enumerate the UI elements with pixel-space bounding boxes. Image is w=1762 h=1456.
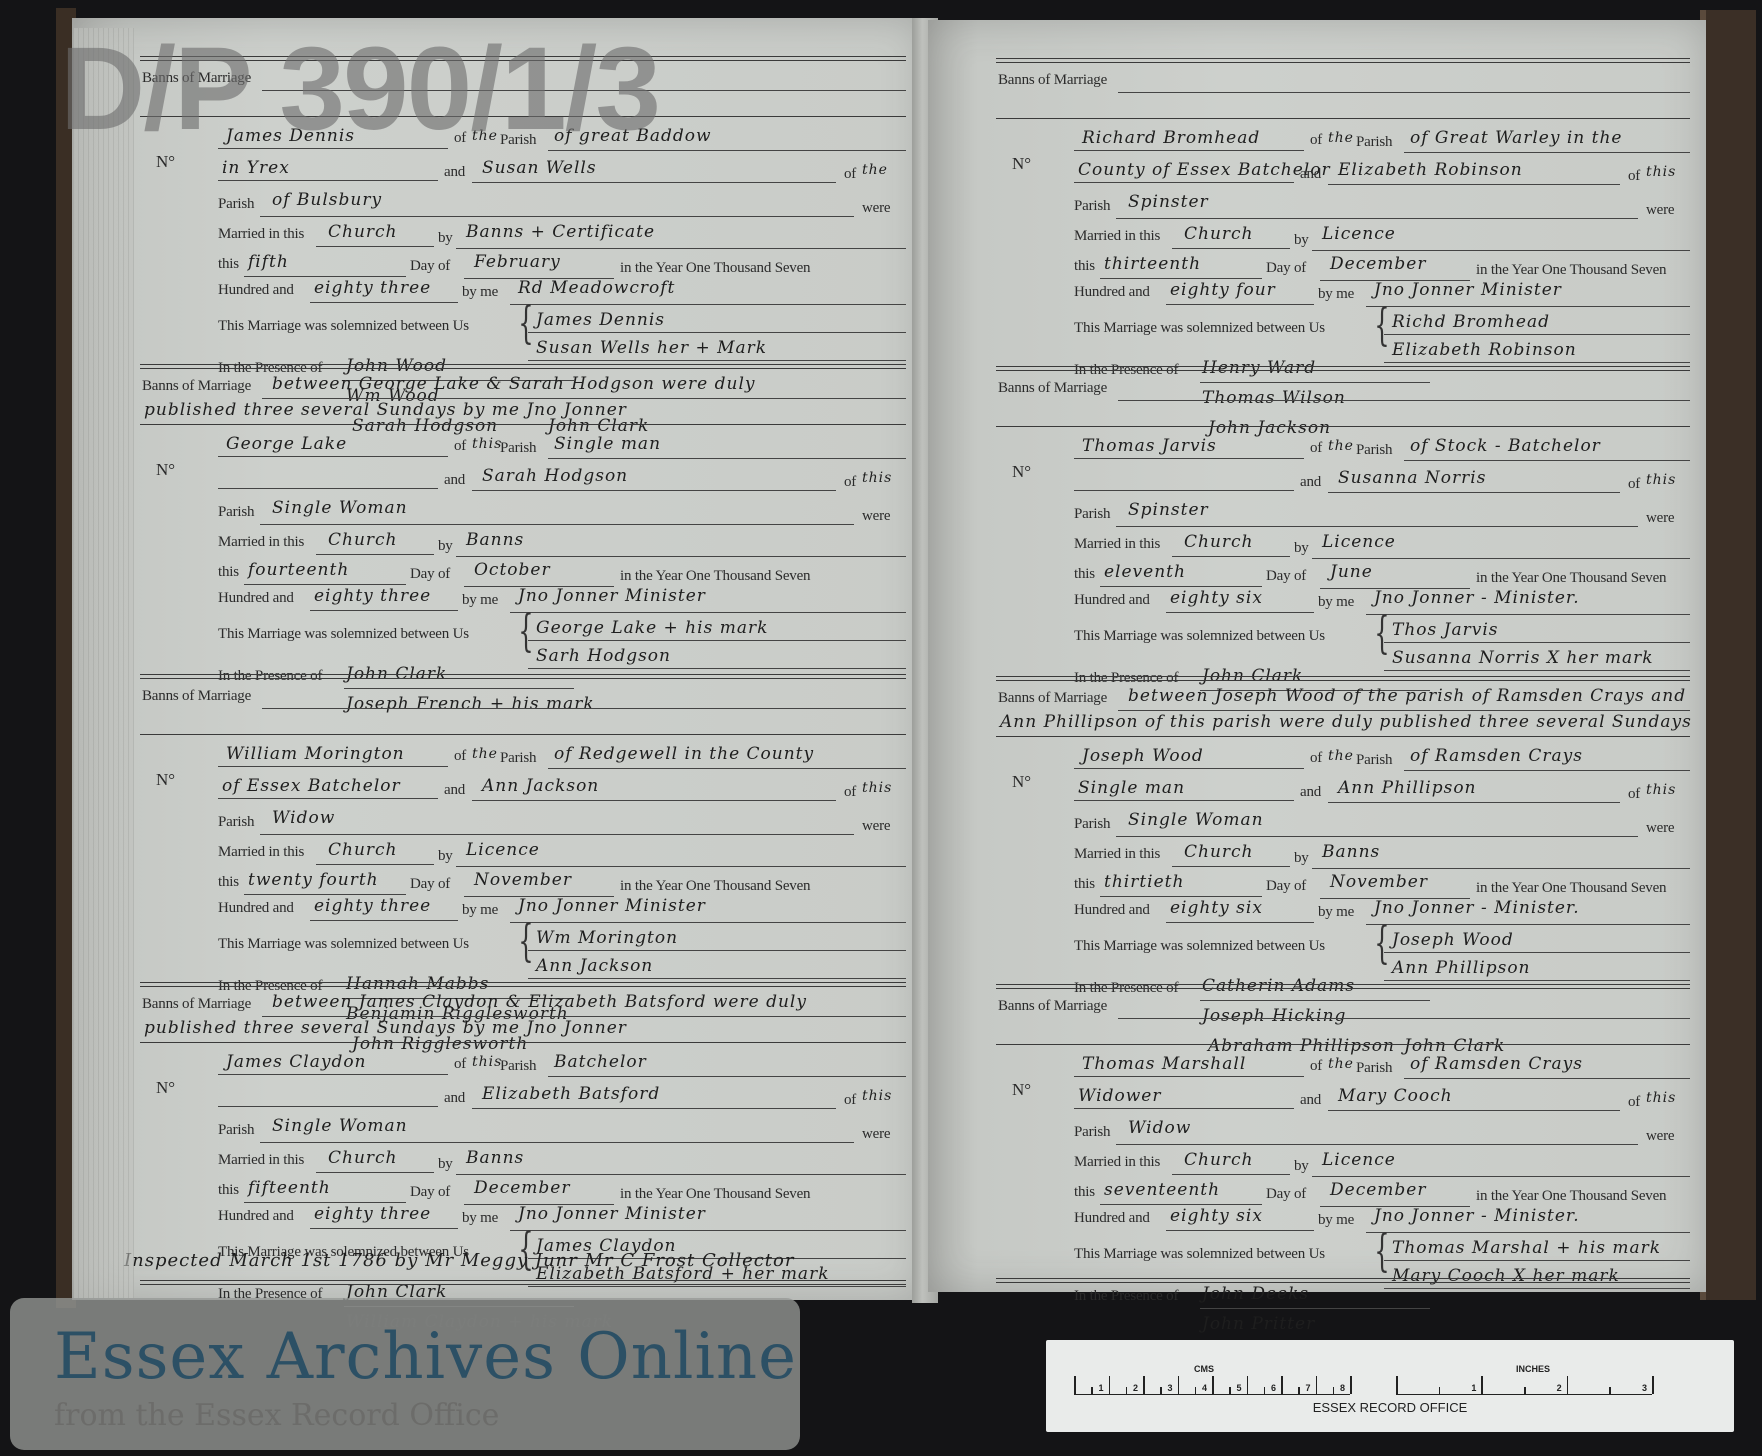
bride-parish-line [1116,526,1638,527]
solemnized-label: This Marriage was solemnized between Us [218,626,469,643]
groom-parish-line [548,1076,906,1077]
parish-label: Parish [1356,752,1392,769]
day-line [244,1202,406,1203]
marriage-month: February [474,252,561,272]
ruler-number: 2 [1133,1383,1138,1393]
parish-label: Parish [500,440,536,457]
hundred-and-label: Hundred and [218,1208,294,1225]
marriage-by: Banns + Certificate [466,222,655,242]
signature: Joseph Wood [1392,930,1514,950]
officiant: Jno Jonner Minister [518,586,706,606]
groom-of: the [472,746,498,762]
by-me-label: by me [462,902,498,919]
by-line [456,866,906,867]
groom-name: James Claydon [226,1052,367,1072]
bride-line [1328,492,1620,493]
day-line [1100,1204,1262,1205]
by-line [1312,868,1690,869]
parish-label: Parish [1074,1124,1110,1141]
marriage-day: thirteenth [1104,254,1201,274]
ruler-number: 3 [1642,1383,1647,1393]
ruler-minor-tick [1524,1387,1526,1394]
bride-name: Mary Cooch [1338,1086,1453,1106]
register-entry: Banns of MarriageN°Thomas MarshalloftheP… [928,998,1706,1308]
entry-number-label: N° [156,770,175,790]
bride-parish: Single Woman [272,1116,408,1136]
groom-parish: of Great Warley in the [1410,128,1622,148]
groom-detail: of Essex Batchelor [222,776,401,796]
this-label: this [1074,1184,1095,1201]
ruler-number: 1 [1471,1383,1476,1393]
by-label: by [438,848,453,865]
solemnized-label: This Marriage was solemnized between Us [1074,938,1325,955]
of-label: of [1310,750,1322,767]
groom-line [218,456,448,457]
entry-top-rule [140,982,906,983]
by-me-label: by me [1318,594,1354,611]
marriage-by: Licence [1322,1150,1396,1170]
of-label: of [1628,476,1640,493]
ruler-number: 7 [1306,1383,1311,1393]
bride-of: this [1646,472,1676,488]
officiant: Rd Meadowcroft [518,278,675,298]
parish-label: Parish [500,750,536,767]
marriage-place: Church [328,840,398,860]
groom-line [218,1074,448,1075]
year-label: in the Year One Thousand Seven [1476,880,1666,897]
place-line [316,246,434,247]
register-entry: Banns of MarriageN°Thomas JarvisofthePar… [928,380,1706,690]
place-line [1172,1174,1290,1175]
bride-of: this [862,470,892,486]
groom-parish-line [548,768,906,769]
signature-brace: { [1374,612,1389,656]
bride-parish: Widow [272,808,335,828]
entry-top-rule [140,364,906,365]
bride-parish-line [260,834,854,835]
ruler-minor-tick [1333,1387,1335,1394]
signature: Wm Morington [536,928,678,948]
bride-name: Susan Wells [482,158,597,178]
signature: Sarh Hodgson [536,646,671,666]
banns-label: Banns of Marriage [142,688,251,705]
ruler-minor-tick [1264,1387,1266,1394]
marriage-month: November [474,870,572,890]
this-label: this [1074,876,1095,893]
register-entry: Banns of Marriagebetween Joseph Wood of … [928,690,1706,1000]
signature-line-2 [528,978,906,979]
presence-label: In the Presence of [1074,1288,1178,1305]
marriage-by: Banns [466,1148,524,1168]
signature-line-2 [528,668,906,669]
marriage-place: Church [1184,532,1254,552]
and-label: and [444,1090,465,1107]
entry-top-rule [996,676,1690,677]
ruler-number: 1 [1099,1383,1104,1393]
groom-line [1074,150,1304,151]
of-label: of [844,166,856,183]
day-of-label: Day of [1266,260,1306,277]
solemnized-label: This Marriage was solemnized between Us [218,936,469,953]
day-line [244,276,406,277]
groom-detail: Widower [1078,1086,1161,1106]
entry-number-label: N° [1012,772,1031,792]
ruler-tick [1567,1376,1569,1394]
year-line [310,302,458,303]
marriage-place: Church [328,530,398,550]
day-of-label: Day of [1266,878,1306,895]
groom-of: the [1328,438,1354,454]
year-line [1166,1230,1314,1231]
day-line [1100,278,1262,279]
bride-line [1328,184,1620,185]
banns-label: Banns of Marriage [998,72,1107,89]
by-line [1312,250,1690,251]
officiant: Jno Jonner Minister [1374,280,1562,300]
signature-line-1 [528,332,906,333]
marriage-year: eighty three [314,896,431,916]
this-label: this [1074,566,1095,583]
marriage-by: Banns [1322,842,1380,862]
signature-brace: { [518,302,533,346]
place-line [316,1172,434,1173]
signature-line-1 [1384,1260,1690,1261]
groom-name: William Morington [226,744,405,764]
banns-label: Banns of Marriage [142,378,251,395]
year-label: in the Year One Thousand Seven [620,1186,810,1203]
of-label: of [844,474,856,491]
groom-line-2 [1074,1108,1294,1109]
signature-line-1 [1384,952,1690,953]
married-in-label: Married in this [1074,846,1160,863]
of-label: of [454,1056,466,1073]
groom-parish-line [1404,1078,1690,1079]
bride-name: Sarah Hodgson [482,466,628,486]
register-entry: Banns of MarriageN°William Moringtonofth… [72,688,922,998]
ruler-minor-tick [1126,1387,1128,1394]
were-label: were [1646,820,1674,837]
parish-label: Parish [500,1058,536,1075]
cm-scale: 12345678 [1074,1374,1350,1395]
were-label: were [862,508,890,525]
year-line [310,920,458,921]
ruler-tick [1178,1376,1180,1394]
year-line [1166,922,1314,923]
day-of-label: Day of [410,566,450,583]
day-of-label: Day of [410,258,450,275]
and-label: and [444,782,465,799]
solemnized-label: This Marriage was solemnized between Us [1074,1246,1325,1263]
officiant-line [1366,306,1690,307]
marriage-by: Banns [466,530,524,550]
groom-line [1074,768,1304,769]
hundred-and-label: Hundred and [218,900,294,917]
bride-parish: Widow [1128,1118,1191,1138]
marriage-day: fourteenth [248,560,349,580]
this-label: this [218,564,239,581]
day-line [1100,586,1262,587]
witness: John Wood [346,356,447,376]
day-of-label: Day of [410,1184,450,1201]
banns-rule-2 [996,426,1690,427]
entry-number-label: N° [1012,462,1031,482]
ruler-minor-tick [1298,1387,1300,1394]
marriage-day: seventeenth [1104,1180,1220,1200]
officiant-line [510,612,906,613]
were-label: were [862,1126,890,1143]
groom-parish: of Ramsden Crays [1410,746,1583,766]
banns-label: Banns of Marriage [998,380,1107,397]
ruler-tick [1143,1376,1145,1394]
by-label: by [1294,232,1309,249]
signature-line-2 [1384,362,1690,363]
banns-text-1: between James Claydon & Elizabeth Batsfo… [272,992,807,1012]
solemnized-label: This Marriage was solemnized between Us [1074,628,1325,645]
groom-detail: County of Essex Batchelor [1078,160,1331,180]
year-label: in the Year One Thousand Seven [620,260,810,277]
marriage-day: thirtieth [1104,872,1184,892]
marriage-year: eighty three [314,1204,431,1224]
hundred-and-label: Hundred and [218,282,294,299]
bride-of: this [1646,1090,1676,1106]
bride-parish-line [1116,836,1638,837]
groom-of: this [472,436,502,452]
were-label: were [862,200,890,217]
banns-label: Banns of Marriage [998,998,1107,1015]
bride-of: this [862,1088,892,1104]
year-label: in the Year One Thousand Seven [620,568,810,585]
bride-name: Elizabeth Robinson [1338,160,1523,180]
marriage-place: Church [1184,224,1254,244]
signature-brace: { [1374,922,1389,966]
signature-line-1 [1384,642,1690,643]
hundred-and-label: Hundred and [1074,284,1150,301]
this-label: this [218,874,239,891]
year-line [310,1228,458,1229]
groom-detail: in Yrex [222,158,290,178]
bride-parish: Spinster [1128,500,1209,520]
by-label: by [438,1156,453,1173]
by-line [456,1174,906,1175]
by-line [456,248,906,249]
bride-parish: of Bulsbury [272,190,382,210]
signature-line-2 [1384,670,1690,671]
entry-top-rule [996,366,1690,367]
officiant: Jno Jonner Minister [518,1204,706,1224]
bride-of: this [862,780,892,796]
book-cover-right-edge [1700,10,1756,1300]
this-label: this [218,1182,239,1199]
officiant-line [1366,1232,1690,1233]
and-label: and [1300,784,1321,801]
groom-name: Thomas Jarvis [1082,436,1217,456]
by-line [1312,1176,1690,1177]
bride-parish-line [260,524,854,525]
year-line [1166,304,1314,305]
year-line [310,610,458,611]
marriage-year: eighty six [1170,588,1263,608]
right-page: Banns of MarriageN°Richard Bromheadofthe… [928,20,1706,1292]
marriage-day: eleventh [1104,562,1186,582]
groom-name: Joseph Wood [1082,746,1204,766]
signature: George Lake + his mark [536,618,768,638]
banns-rule-2 [140,424,906,425]
marriage-year: eighty three [314,586,431,606]
entry-number-label: N° [1012,154,1031,174]
witness: Henry Ward [1202,358,1316,378]
bride-parish-line [260,1142,854,1143]
ruler-minor-tick [1439,1387,1441,1394]
signature: Ann Phillipson [1392,958,1531,978]
by-label: by [438,230,453,247]
hundred-and-label: Hundred and [1074,902,1150,919]
ruler-tick [1247,1376,1249,1394]
banns-label: Banns of Marriage [142,996,251,1013]
day-line [1100,896,1262,897]
marriage-month: December [474,1178,570,1198]
and-label: and [1300,166,1321,183]
register-entry: Banns of MarriageN°Richard Bromheadofthe… [928,72,1706,382]
groom-line [218,766,448,767]
witness: Catherin Adams [1202,976,1355,996]
bride-name: Ann Jackson [482,776,599,796]
by-me-label: by me [1318,904,1354,921]
bride-name: Ann Phillipson [1338,778,1477,798]
banns-line-1 [1118,710,1690,711]
married-in-label: Married in this [1074,228,1160,245]
marriage-by: Licence [466,840,540,860]
bride-parish: Spinster [1128,192,1209,212]
banns-text-2: Ann Phillipson of this parish were duly … [1000,712,1692,732]
solemnized-label: This Marriage was solemnized between Us [1074,320,1325,337]
ruler-tick [1212,1376,1214,1394]
bride-line [472,800,836,801]
by-me-label: by me [462,284,498,301]
inch-scale: 123 [1396,1374,1652,1395]
married-in-label: Married in this [218,226,304,243]
groom-name: Thomas Marshall [1082,1054,1246,1074]
signature-line-1 [528,950,906,951]
officiant: Jno Jonner - Minister. [1374,588,1580,608]
bride-name: Elizabeth Batsford [482,1084,660,1104]
place-line [1172,866,1290,867]
banns-line-1 [262,398,906,399]
bride-of: this [1646,164,1676,180]
groom-line-2 [1074,182,1294,183]
officiant-line [510,304,906,305]
parish-label: Parish [1074,198,1110,215]
groom-line [1074,1076,1304,1077]
banns-line-1 [1118,400,1690,401]
of-label: of [1628,168,1640,185]
ruler-minor-tick [1229,1387,1231,1394]
entry-number-label: N° [156,1078,175,1098]
groom-parish: Single man [554,434,661,454]
of-label: of [454,748,466,765]
marriage-place: Church [328,1148,398,1168]
married-in-label: Married in this [218,534,304,551]
groom-parish: of Ramsden Crays [1410,1054,1583,1074]
were-label: were [1646,1128,1674,1145]
bride-of: the [862,162,888,178]
officiant-line [510,1230,906,1231]
marriage-month: December [1330,254,1426,274]
marriage-month: December [1330,1180,1426,1200]
groom-of: the [1328,130,1354,146]
witness: John Pritter [1202,1314,1315,1334]
signature: Elizabeth Robinson [1392,340,1577,360]
groom-parish-line [1404,152,1690,153]
witness: Hannah Mabbs [346,974,489,994]
groom-line-2 [218,180,438,181]
signature: Ann Jackson [536,956,653,976]
by-label: by [1294,1158,1309,1175]
by-label: by [1294,850,1309,867]
day-of-label: Day of [410,876,450,893]
hundred-and-label: Hundred and [1074,1210,1150,1227]
banns-text-1: between George Lake & Sarah Hodgson were… [272,374,755,394]
day-of-label: Day of [1266,568,1306,585]
signature: James Dennis [536,310,665,330]
bride-parish-line [260,216,854,217]
ruler-number: 5 [1237,1383,1242,1393]
marriage-year: eighty three [314,278,431,298]
entry-top-rule [140,674,906,675]
marriage-year: eighty four [1170,280,1276,300]
inspection-note: Inspected March 1st 1786 by Mr Meggy Jun… [124,1250,794,1271]
officiant: Jno Jonner - Minister. [1374,898,1580,918]
groom-line [1074,458,1304,459]
place-line [1172,248,1290,249]
presence-label: In the Presence of [218,668,322,685]
signature-brace: { [1374,304,1389,348]
groom-line-2 [1074,800,1294,801]
groom-detail: Single man [1078,778,1185,798]
register-entry: Banns of Marriagebetween George Lake & S… [72,378,922,688]
ruler-minor-tick [1160,1387,1162,1394]
of-label: of [844,1092,856,1109]
groom-of: the [1328,748,1354,764]
banns-rule-2 [996,736,1690,737]
ruler-tick [1396,1376,1398,1394]
signature: Thos Jarvis [1392,620,1499,640]
groom-parish: Batchelor [554,1052,647,1072]
ruler-number: 2 [1557,1383,1562,1393]
parish-label: Parish [1356,1060,1392,1077]
of-label: of [1310,1058,1322,1075]
marriage-place: Church [1184,842,1254,862]
groom-parish: of Stock - Batchelor [1410,436,1601,456]
groom-parish: of Redgewell in the County [554,744,814,764]
groom-parish-line [1404,770,1690,771]
signature-brace: { [518,610,533,654]
signature-brace: { [518,920,533,964]
officiant-line [510,922,906,923]
groom-parish-line [548,458,906,459]
entry-number-label: N° [156,152,175,172]
ruler-office-label: ESSEX RECORD OFFICE [1046,1400,1734,1415]
signature: Susanna Norris X her mark [1392,648,1654,668]
marriage-month: November [1330,872,1428,892]
ruler-number: 6 [1271,1383,1276,1393]
marriage-by: Licence [1322,532,1396,552]
groom-of: the [1328,1056,1354,1072]
marriage-place: Church [1184,1150,1254,1170]
signature-line-2 [1384,980,1690,981]
parish-label: Parish [218,814,254,831]
entry-top-rule [996,984,1690,985]
by-label: by [438,538,453,555]
